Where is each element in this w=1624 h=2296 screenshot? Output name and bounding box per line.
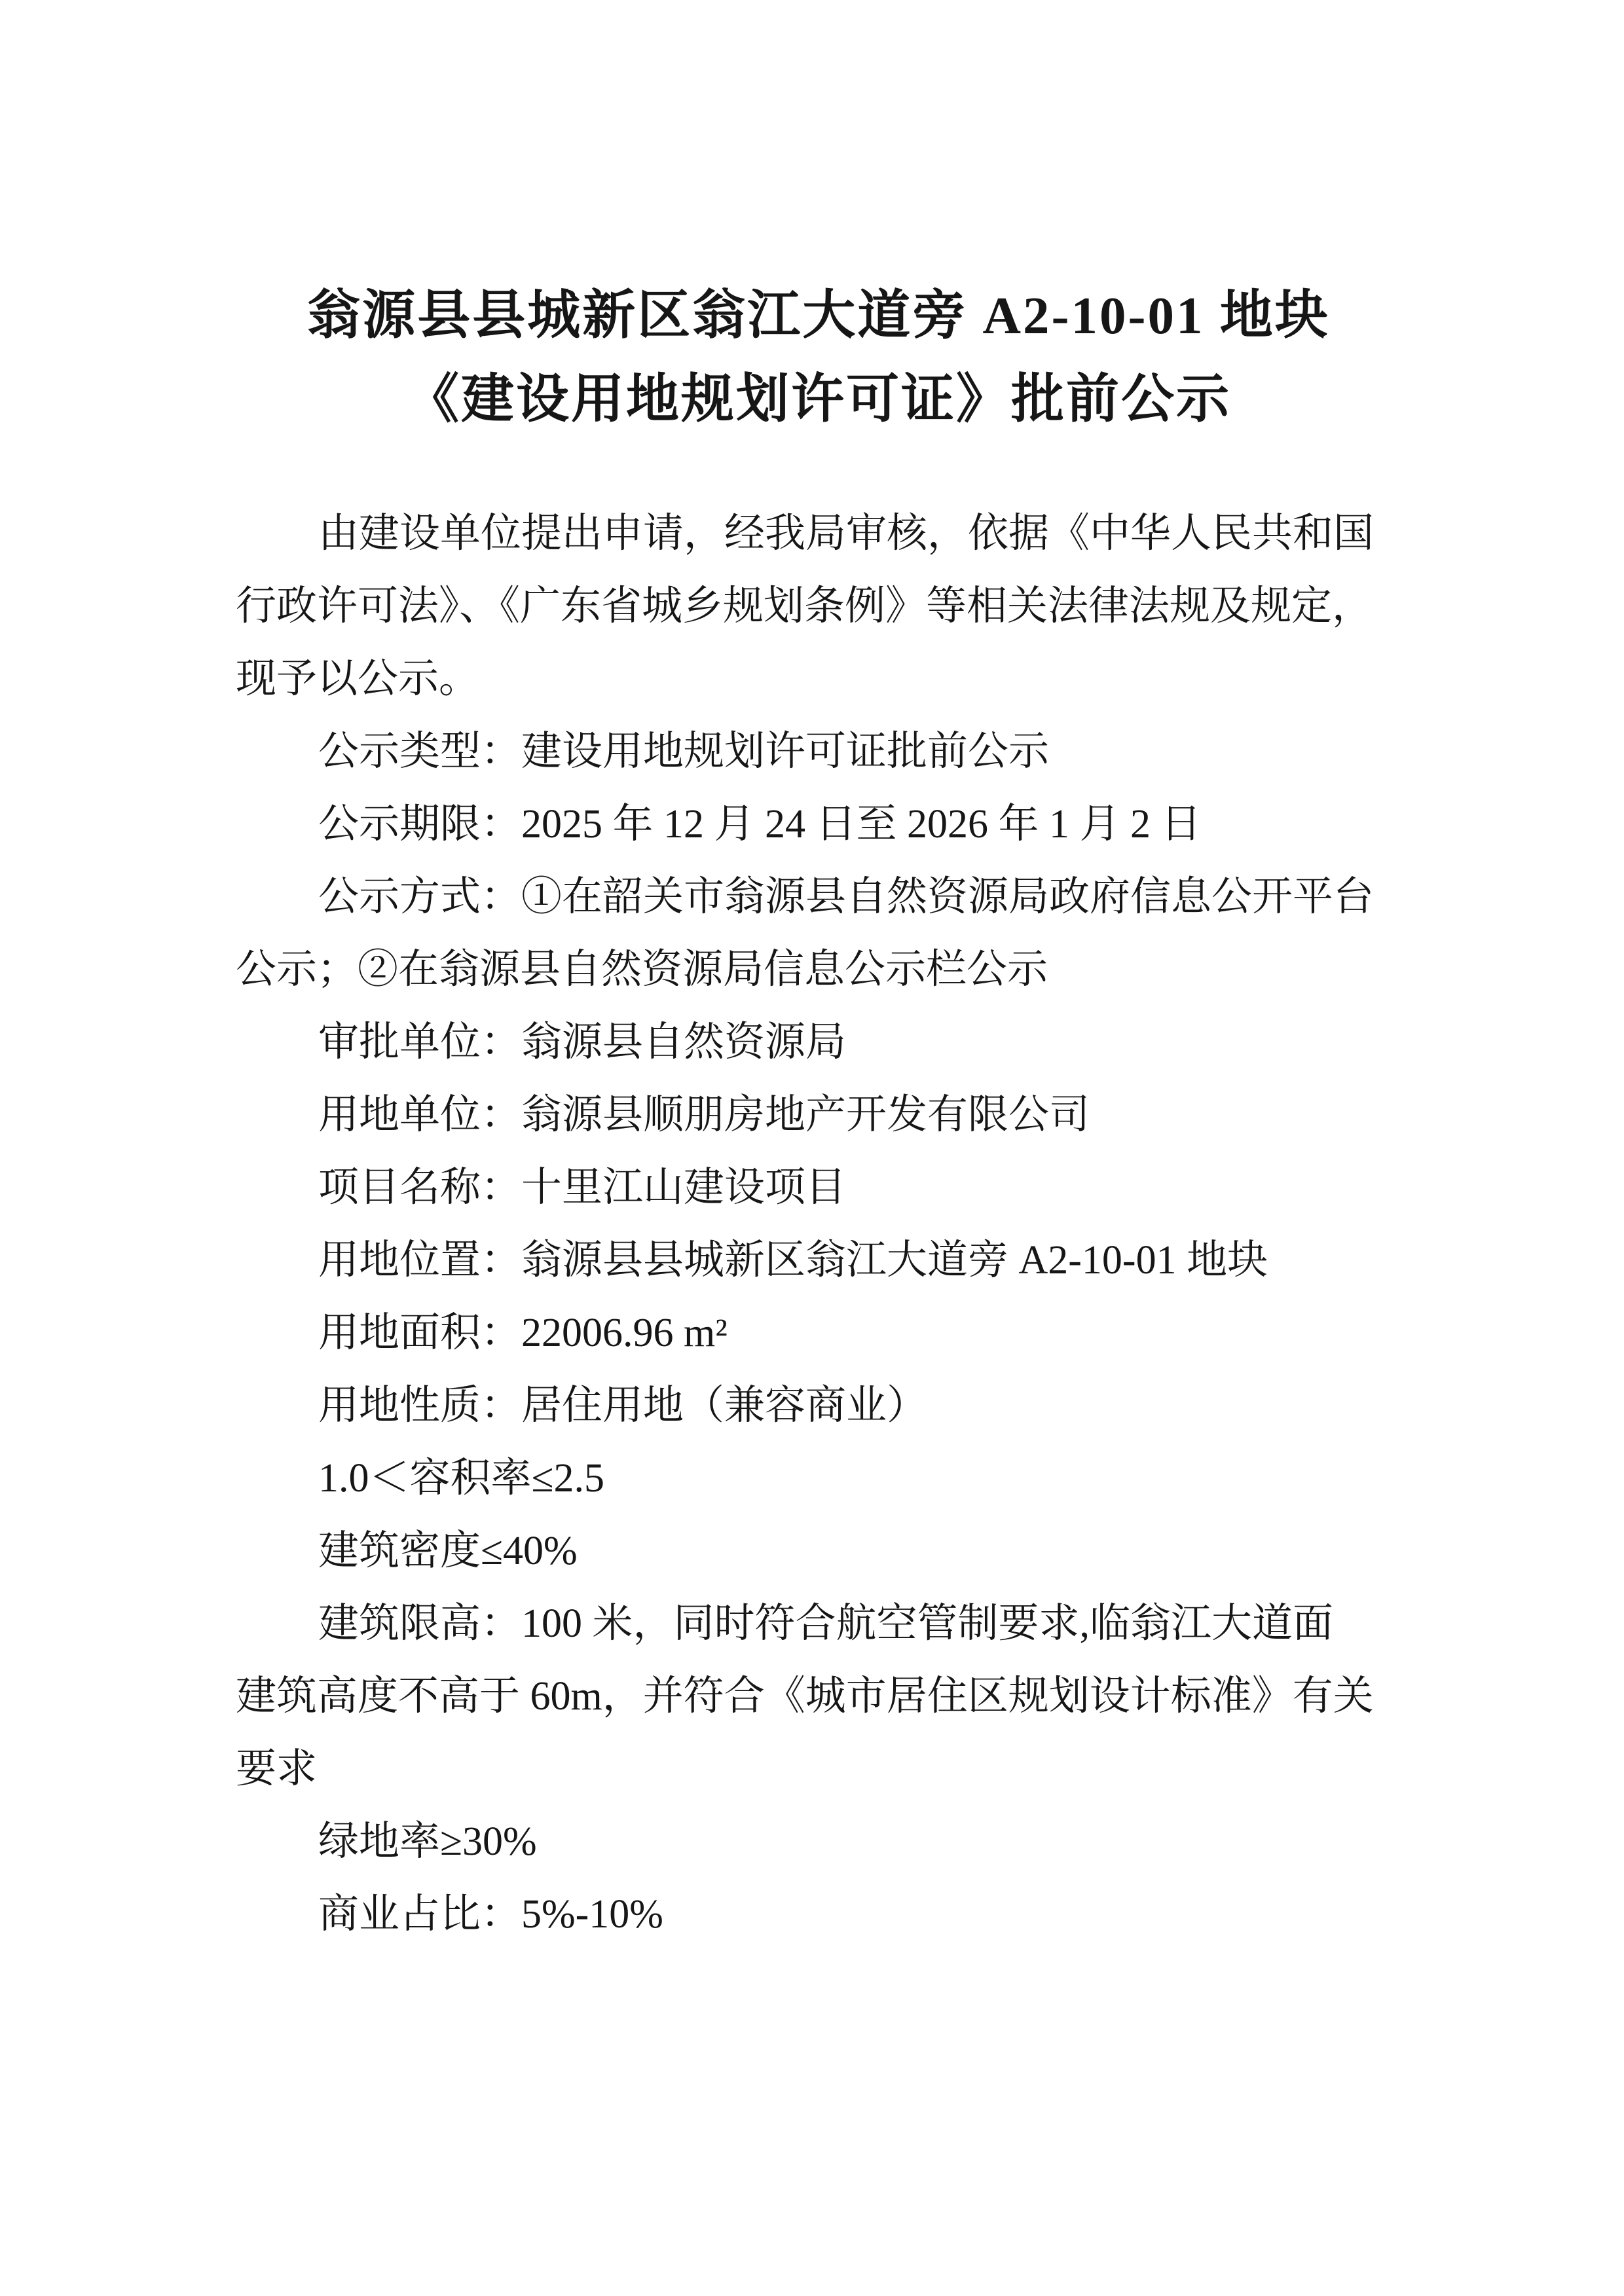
body-line: 用地面积：22006.96 m² xyxy=(236,1297,1401,1370)
body-line: 用地位置：翁源县县城新区翁江大道旁 A2-10-01 地块 xyxy=(236,1224,1401,1297)
body-line: 商业占比：5%-10% xyxy=(236,1878,1401,1951)
body-line: 用地单位：翁源县顺朋房地产开发有限公司 xyxy=(236,1079,1401,1152)
notice-document: 翁源县县城新区翁江大道旁 A2-10-01 地块 《建设用地规划许可证》批前公示… xyxy=(236,274,1401,1951)
body-line: 项目名称：十里江山建设项目 xyxy=(236,1152,1401,1224)
body-line: 建筑高度不高于 60m，并符合《城市居住区规划设计标准》有关 xyxy=(236,1660,1401,1733)
body-line: 现予以公示。 xyxy=(236,643,1401,716)
body-line: 建筑密度≤40% xyxy=(236,1515,1401,1588)
body-line: 公示期限：2025 年 12 月 24 日至 2026 年 1 月 2 日 xyxy=(236,788,1401,861)
scanned-document-page: 翁源县县城新区翁江大道旁 A2-10-01 地块 《建设用地规划许可证》批前公示… xyxy=(0,0,1624,2296)
body-line: 1.0＜容积率≤2.5 xyxy=(236,1442,1401,1515)
document-title-line2: 《建设用地规划许可证》批前公示 xyxy=(236,357,1401,441)
body-line: 审批单位：翁源县自然资源局 xyxy=(236,1006,1401,1079)
body-line: 行政许可法》、《广东省城乡规划条例》等相关法律法规及规定， xyxy=(236,570,1401,643)
body-line: 公示；②在翁源县自然资源局信息公示栏公示 xyxy=(236,934,1401,1006)
body-lines: 由建设单位提出申请，经我局审核，依据《中华人民共和国行政许可法》、《广东省城乡规… xyxy=(236,498,1401,1951)
body-line: 绿地率≥30% xyxy=(236,1806,1401,1878)
document-title: 翁源县县城新区翁江大道旁 A2-10-01 地块 《建设用地规划许可证》批前公示 xyxy=(236,274,1401,441)
body-line: 建筑限高：100 米，同时符合航空管制要求,临翁江大道面 xyxy=(236,1588,1401,1660)
body-line: 用地性质：居住用地（兼容商业） xyxy=(236,1370,1401,1442)
body-line: 由建设单位提出申请，经我局审核，依据《中华人民共和国 xyxy=(236,498,1401,570)
body-line: 要求 xyxy=(236,1733,1401,1806)
body-line: 公示类型：建设用地规划许可证批前公示 xyxy=(236,716,1401,788)
document-title-line1: 翁源县县城新区翁江大道旁 A2-10-01 地块 xyxy=(236,274,1401,357)
body-line: 公示方式：①在韶关市翁源县自然资源局政府信息公开平台 xyxy=(236,861,1401,934)
